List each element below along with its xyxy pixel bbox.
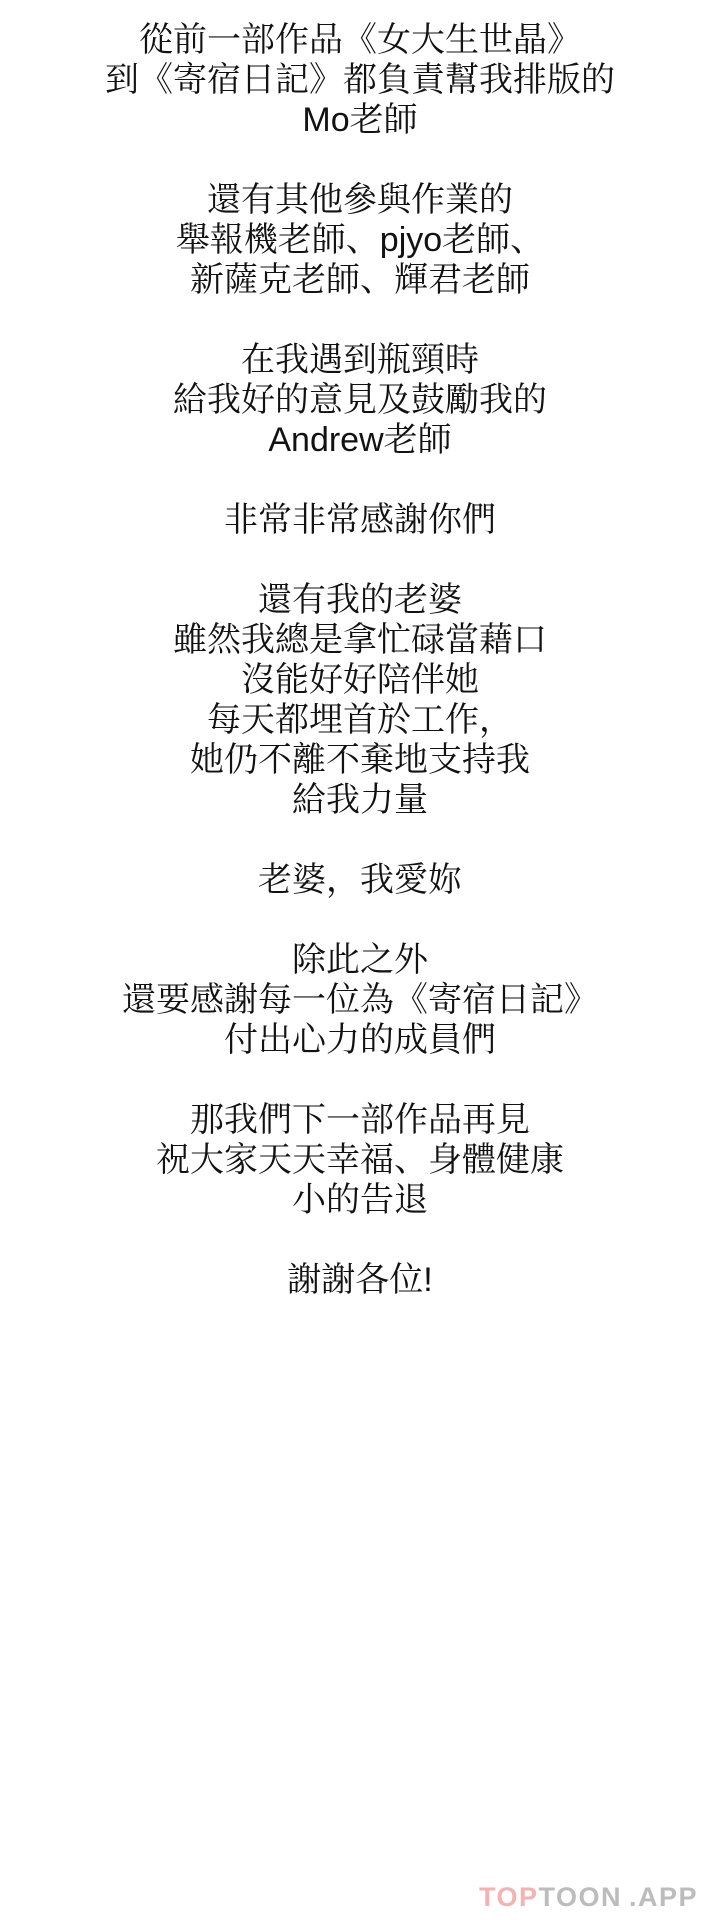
credits-line: 還有我的老婆 bbox=[0, 580, 720, 620]
toptoon-watermark: TOPTOON.APP bbox=[479, 1884, 698, 1911]
credits-line: 給我力量 bbox=[0, 780, 720, 820]
watermark-domain-text: .APP bbox=[629, 1882, 698, 1912]
credits-line: Andrew老師 bbox=[0, 420, 720, 460]
credits-line: 雖然我總是拿忙碌當藉口 bbox=[0, 620, 720, 660]
credits-line: 給我好的意見及鼓勵我的 bbox=[0, 380, 720, 420]
credits-paragraph: 謝謝各位! bbox=[0, 1260, 720, 1300]
credits-line: 還有其他參與作業的 bbox=[0, 180, 720, 220]
credits-line: 還要感謝每一位為《寄宿日記》 bbox=[0, 980, 720, 1020]
credits-paragraph: 在我遇到瓶頸時 給我好的意見及鼓勵我的 Andrew老師 bbox=[0, 340, 720, 460]
credits-line: Mo老師 bbox=[0, 100, 720, 140]
credits-line: 每天都埋首於工作， bbox=[0, 700, 720, 740]
credits-line: 除此之外 bbox=[0, 940, 720, 980]
credits-paragraph: 還有我的老婆 雖然我總是拿忙碌當藉口 沒能好好陪伴她 每天都埋首於工作， 她仍不… bbox=[0, 580, 720, 820]
credits-line: 小的告退 bbox=[0, 1180, 720, 1220]
credits-paragraph: 除此之外 還要感謝每一位為《寄宿日記》 付出心力的成員們 bbox=[0, 940, 720, 1060]
credits-line: 謝謝各位! bbox=[0, 1260, 720, 1300]
credits-paragraph: 從前一部作品《女大生世晶》 到《寄宿日記》都負責幫我排版的 Mo老師 bbox=[0, 20, 720, 140]
watermark-top-text: TOP bbox=[479, 1882, 539, 1912]
credits-line: 新薩克老師、輝君老師 bbox=[0, 260, 720, 300]
watermark-toon-text: TOON bbox=[538, 1882, 622, 1912]
credits-line: 老婆，我愛妳 bbox=[0, 860, 720, 900]
credits-paragraph: 非常非常感謝你們 bbox=[0, 500, 720, 540]
credits-line: 那我們下一部作品再見 bbox=[0, 1100, 720, 1140]
credits-line: 到《寄宿日記》都負責幫我排版的 bbox=[0, 60, 720, 100]
credits-line: 祝大家天天幸福、身體健康 bbox=[0, 1140, 720, 1180]
credits-line: 舉報機老師、pjyo老師、 bbox=[0, 220, 720, 260]
credits-line: 非常非常感謝你們 bbox=[0, 500, 720, 540]
credits-text-block: 從前一部作品《女大生世晶》 到《寄宿日記》都負責幫我排版的 Mo老師 還有其他參… bbox=[0, 20, 720, 1340]
credits-line: 在我遇到瓶頸時 bbox=[0, 340, 720, 380]
credits-line: 她仍不離不棄地支持我 bbox=[0, 740, 720, 780]
credits-line: 從前一部作品《女大生世晶》 bbox=[0, 20, 720, 60]
credits-line: 沒能好好陪伴她 bbox=[0, 660, 720, 700]
credits-line: 付出心力的成員們 bbox=[0, 1020, 720, 1060]
credits-paragraph: 老婆，我愛妳 bbox=[0, 860, 720, 900]
credits-paragraph: 還有其他參與作業的 舉報機老師、pjyo老師、 新薩克老師、輝君老師 bbox=[0, 180, 720, 300]
credits-paragraph: 那我們下一部作品再見 祝大家天天幸福、身體健康 小的告退 bbox=[0, 1100, 720, 1220]
afterword-page: 從前一部作品《女大生世晶》 到《寄宿日記》都負責幫我排版的 Mo老師 還有其他參… bbox=[0, 0, 720, 1923]
